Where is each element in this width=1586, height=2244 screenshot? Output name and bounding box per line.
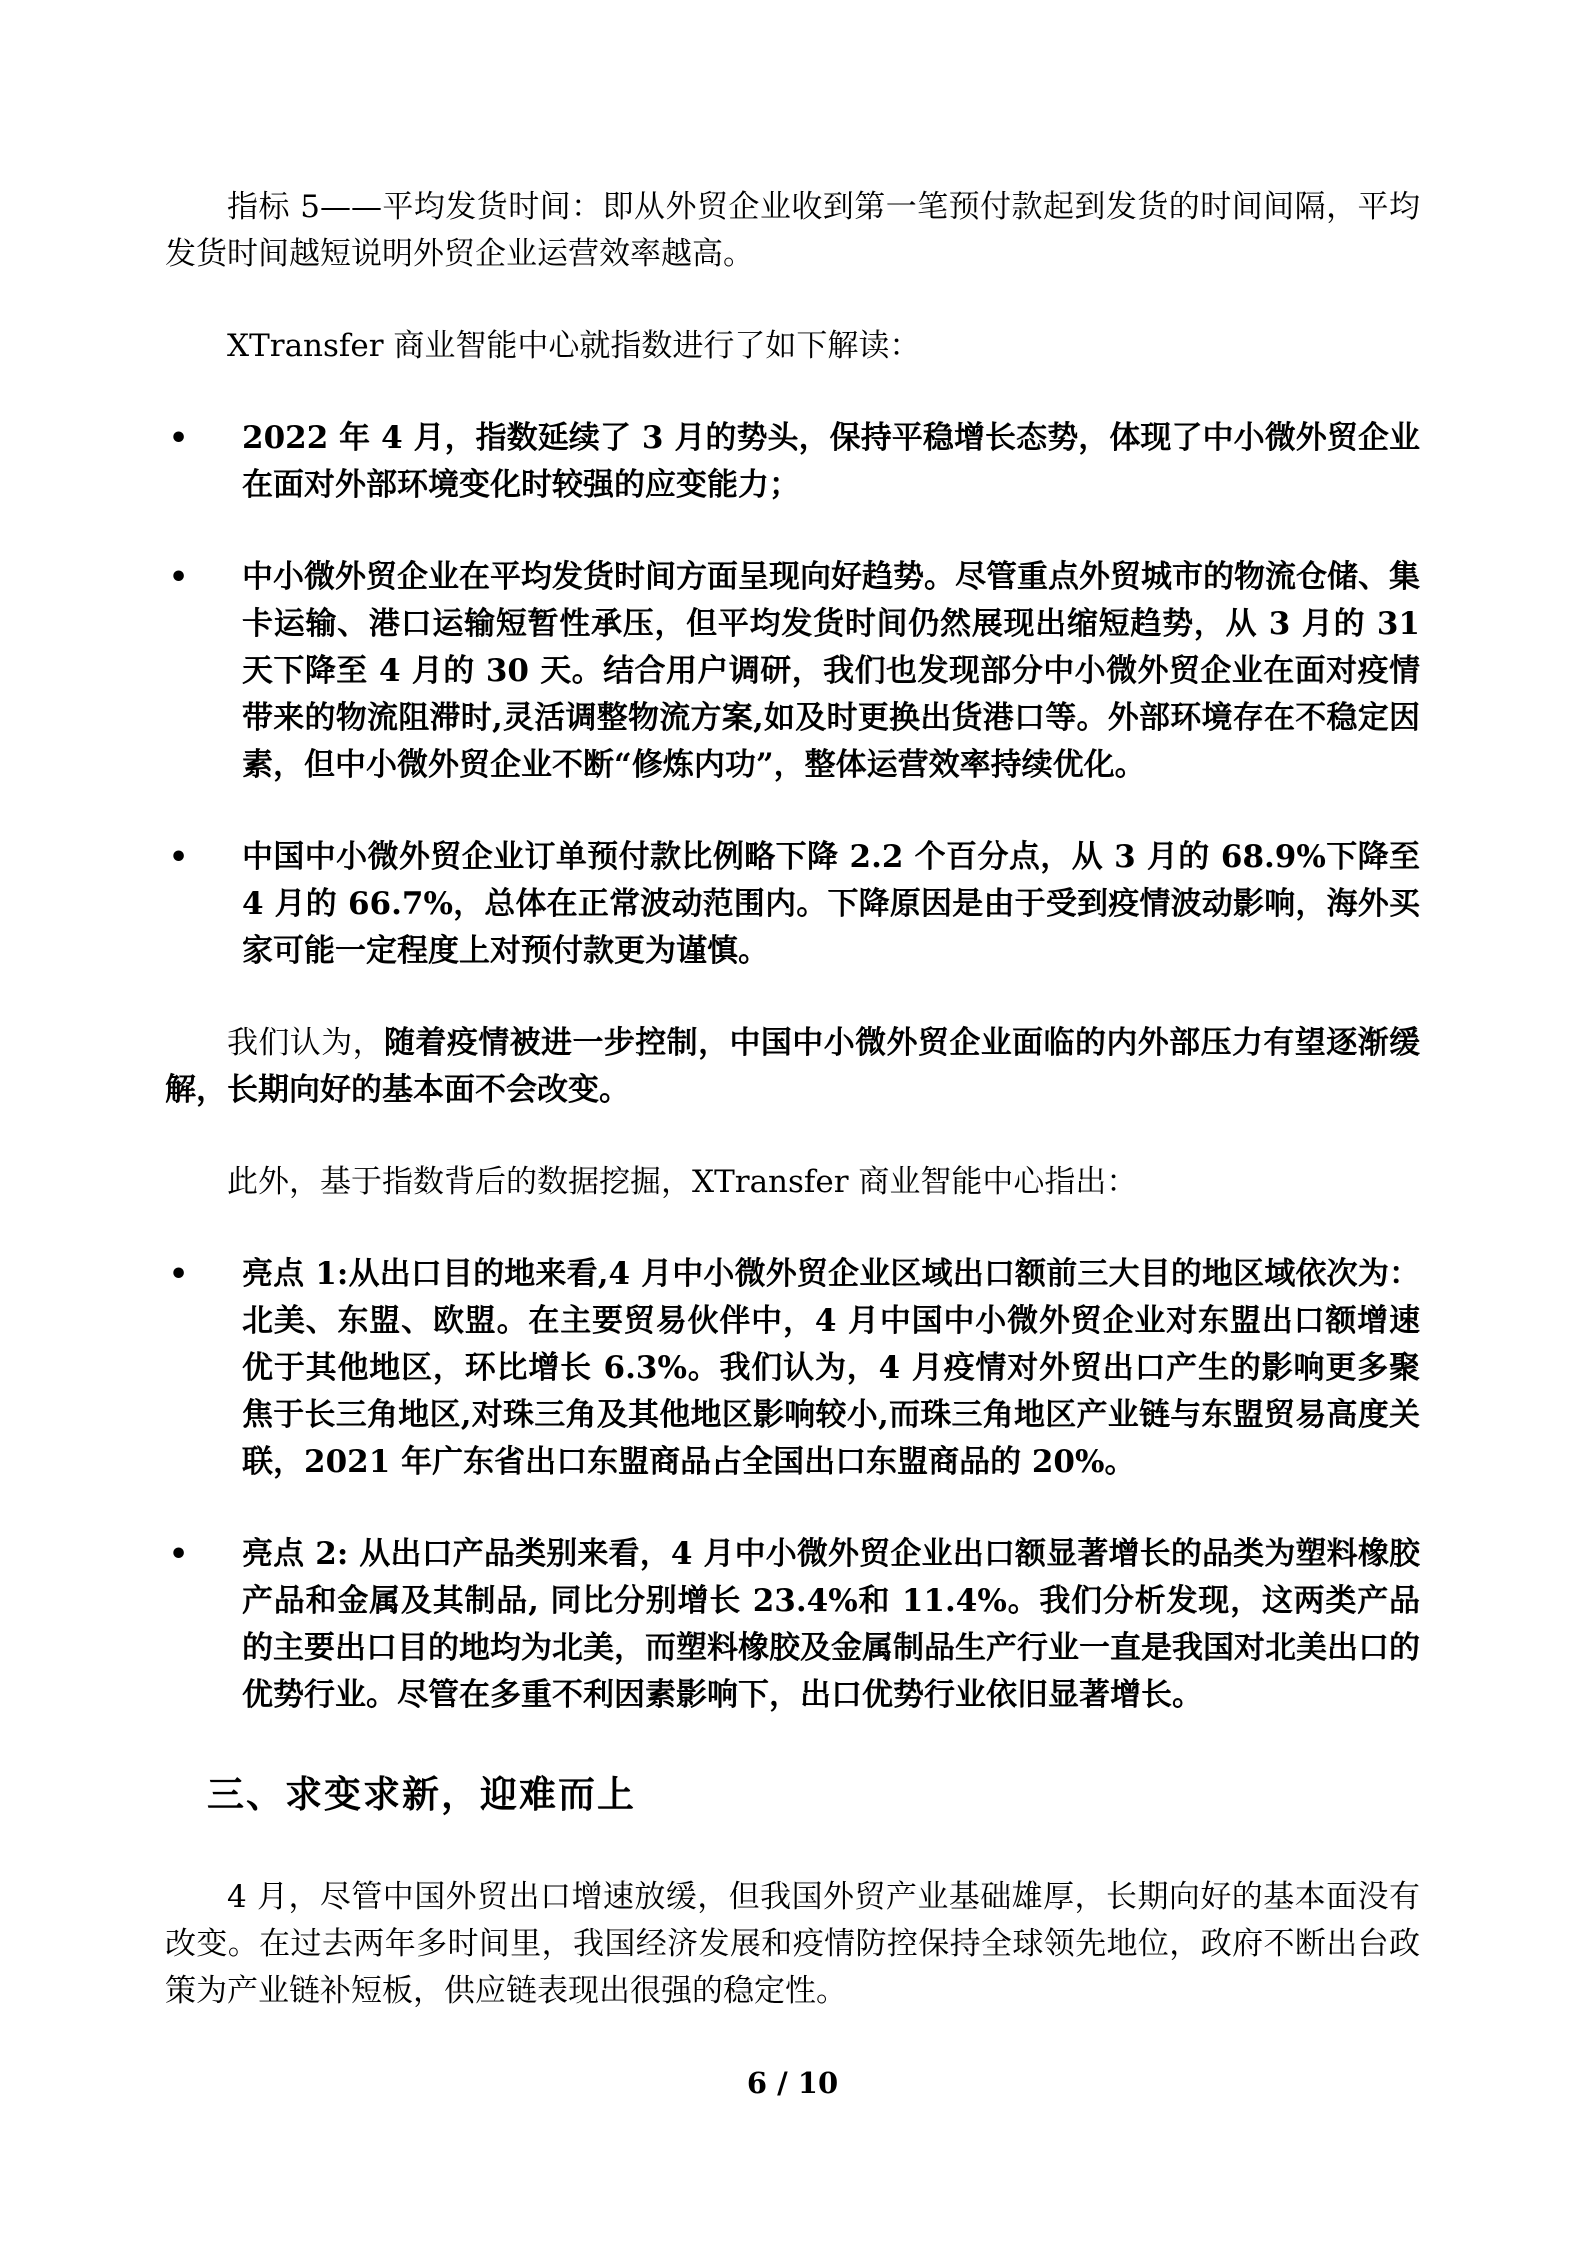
paragraph-indicator5-text: 指标 5——平均发货时间：即从外贸企业收到第一笔预付款起到发货的时间间隔，平均发… xyxy=(165,189,1420,272)
paragraph-opinion-lead: 我们认为， xyxy=(227,1025,384,1061)
paragraph-further-text: 此外，基于指数背后的数据挖掘，XTransfer 商业智能中心指出： xyxy=(227,1164,1137,1200)
interpretation-bullet-2-text: 中小微外贸企业在平均发货时间方面呈现向好趋势。尽管重点外贸城市的物流仓储、集卡运… xyxy=(242,559,1420,783)
highlight-list: 亮点 1:从出口目的地来看,4 月中小微外贸企业区域出口额前三大目的地区域依次为… xyxy=(165,1251,1420,1719)
highlight-bullet-2-text: 亮点 2: 从出口产品类别来看，4 月中小微外贸企业出口额显著增长的品类为塑料橡… xyxy=(242,1536,1420,1713)
paragraph-april: 4 月，尽管中国外贸出口增速放缓，但我国外贸产业基础雄厚，长期向好的基本面没有改… xyxy=(165,1874,1420,2015)
interpretation-bullet-1-text: 2022 年 4 月，指数延续了 3 月的势头，保持平稳增长态势，体现了中小微外… xyxy=(242,420,1420,503)
section-heading-text: 三、求变求新，迎难而上 xyxy=(207,1772,636,1816)
paragraph-indicator5: 指标 5——平均发货时间：即从外贸企业收到第一笔预付款起到发货的时间间隔，平均发… xyxy=(165,184,1420,278)
paragraph-intro-text: XTransfer 商业智能中心就指数进行了如下解读： xyxy=(227,328,920,364)
highlight-bullet-1: 亮点 1:从出口目的地来看,4 月中小微外贸企业区域出口额前三大目的地区域依次为… xyxy=(165,1251,1420,1486)
page-number-text: 6 / 10 xyxy=(747,2066,838,2100)
interpretation-bullet-1: 2022 年 4 月，指数延续了 3 月的势头，保持平稳增长态势，体现了中小微外… xyxy=(165,415,1420,509)
interpretation-list: 2022 年 4 月，指数延续了 3 月的势头，保持平稳增长态势，体现了中小微外… xyxy=(165,415,1420,975)
interpretation-bullet-2: 中小微外贸企业在平均发货时间方面呈现向好趋势。尽管重点外贸城市的物流仓储、集卡运… xyxy=(165,554,1420,789)
section-heading: 三、求变求新，迎难而上 xyxy=(207,1764,1420,1824)
paragraph-april-text: 4 月，尽管中国外贸出口增速放缓，但我国外贸产业基础雄厚，长期向好的基本面没有改… xyxy=(165,1879,1420,2009)
highlight-bullet-1-text: 亮点 1:从出口目的地来看,4 月中小微外贸企业区域出口额前三大目的地区域依次为… xyxy=(242,1256,1420,1480)
page-number: 6 / 10 xyxy=(165,2060,1420,2107)
paragraph-opinion: 我们认为，随着疫情被进一步控制，中国中小微外贸企业面临的内外部压力有望逐渐缓解，… xyxy=(165,1020,1420,1114)
document-page: 指标 5——平均发货时间：即从外贸企业收到第一笔预付款起到发货的时间间隔，平均发… xyxy=(0,0,1586,2244)
interpretation-bullet-3: 中国中小微外贸企业订单预付款比例略下降 2.2 个百分点，从 3 月的 68.9… xyxy=(165,834,1420,975)
highlight-bullet-2: 亮点 2: 从出口产品类别来看，4 月中小微外贸企业出口额显著增长的品类为塑料橡… xyxy=(165,1531,1420,1719)
paragraph-intro: XTransfer 商业智能中心就指数进行了如下解读： xyxy=(165,323,1420,370)
interpretation-bullet-3-text: 中国中小微外贸企业订单预付款比例略下降 2.2 个百分点，从 3 月的 68.9… xyxy=(242,839,1420,969)
paragraph-further: 此外，基于指数背后的数据挖掘，XTransfer 商业智能中心指出： xyxy=(165,1159,1420,1206)
